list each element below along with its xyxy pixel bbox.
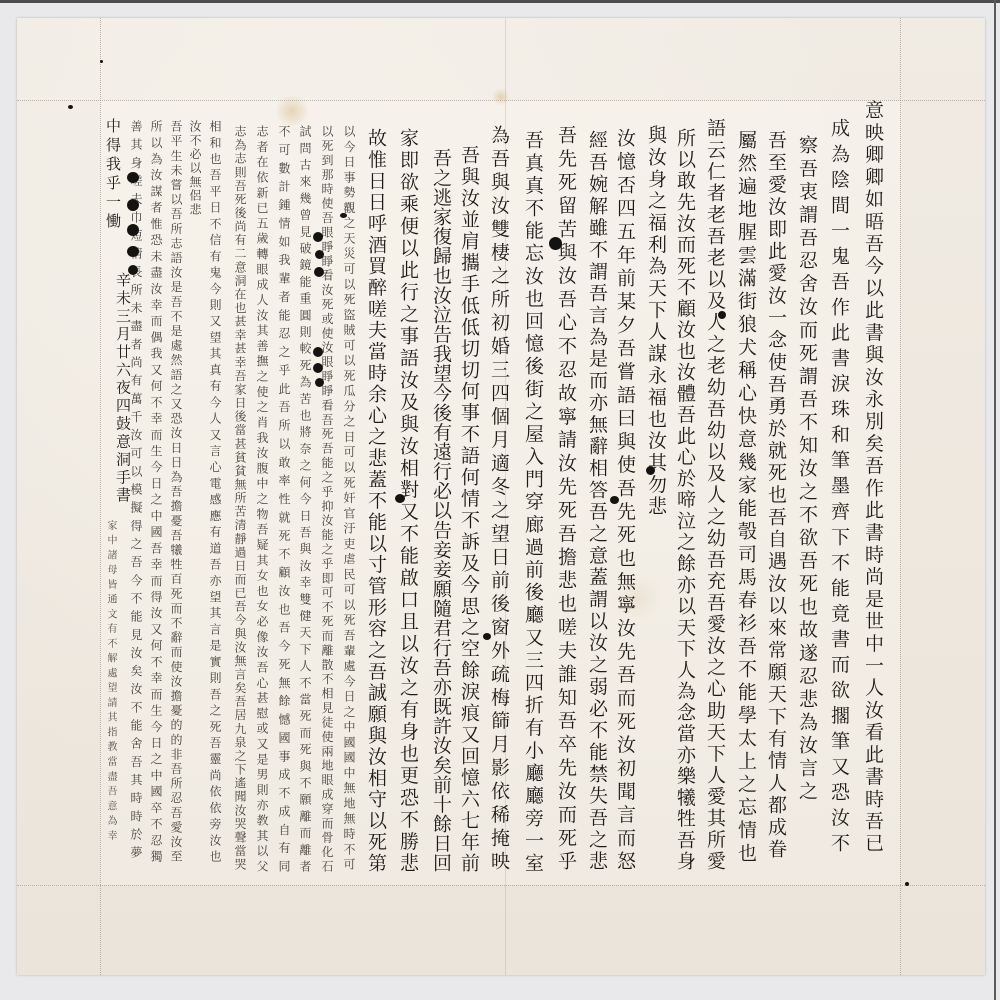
letter-column: 以今日事勢觀之天災可以死盜賊可以死瓜分之日可以死奸官汙吏虐民可以死吾輩處今日之中… — [341, 125, 355, 870]
letter-column: 試問古來幾曾見破鏡能重圓則較死為苦也將奈之何今日吾與汝幸雙健天下人不當死而死與不… — [297, 125, 311, 872]
ink-blot — [68, 105, 73, 109]
letter-closing-column: 中得我乎一慟 — [103, 118, 121, 228]
ink-blot — [127, 172, 139, 183]
ink-blot — [128, 265, 138, 275]
ink-blot — [905, 882, 909, 886]
letter-column: 吾與汝並肩攜手低低切切何事不語何情不訴及今思之空餘淚痕又回憶六七年前 — [457, 145, 479, 872]
letter-column: 吾真真不能忘汝也回憶後街之屋入門穿廊過前後廳又三四折有小廳廳旁一室 — [521, 130, 543, 872]
ink-blot — [315, 378, 324, 387]
signature: 辛未三月廿六夜四鼓意洞手書 — [113, 272, 131, 502]
ink-blot — [100, 60, 103, 63]
photo-right-edge — [994, 0, 996, 1000]
ink-blot — [483, 633, 491, 640]
letter-column: 志者在依新已五歲轉眼成人汝其善撫之使之肖我汝腹中之物吾疑其女也女必像汝吾心甚慰或… — [254, 125, 268, 872]
ink-blot — [395, 494, 405, 503]
ink-blot — [127, 199, 139, 211]
letter-column: 察吾衷謂吾忍舍汝而死謂吾不知汝之不欲吾死也故遂忍悲為汝言之 — [795, 135, 817, 800]
ink-blot — [549, 237, 562, 250]
letter-column: 所以敢先汝而死不顧汝也汝體吾此心於啼泣之餘亦以天下人為念當亦樂犧牲吾身 — [673, 128, 695, 870]
photo-top-edge — [0, 0, 1000, 3]
letter-column: 不可數計鍾情如我輩者能忍之乎此吾所以敢率性就死不顧汝也吾今死無餘憾國事成不成自有… — [276, 125, 290, 872]
ink-blot — [646, 466, 655, 475]
hem-line-left — [100, 18, 101, 975]
hem-line-bottom — [17, 885, 985, 886]
hem-line-right — [900, 18, 901, 975]
letter-column: 經吾婉解雖不謂吾言為是而亦無辭相答吾之意蓋謂以汝之弱必不能禁失吾之悲 — [585, 130, 607, 870]
letter-column: 為吾與汝雙棲之所初婚三四個月適冬之望日前後窗外疏梅篩月影依稀掩映 — [487, 125, 509, 870]
ink-blot — [610, 496, 619, 504]
ink-blot — [313, 232, 323, 242]
ink-blot — [315, 250, 324, 259]
ink-blot — [314, 267, 324, 277]
letter-column: 意映卿卿如晤吾今以此書與汝永別矣吾作此書時尚是世中一人汝看此書時吾已 — [861, 100, 883, 852]
stain — [492, 88, 510, 106]
letter-column: 屬然遍地腥雲滿街狼犬稱心快意幾家能彀司馬春衫吾不能學太上之忘情也 — [734, 130, 756, 862]
letter-column: 與汝身之福利為天下人謀永福也汝其勿悲 — [644, 125, 666, 515]
ink-blot — [718, 311, 726, 319]
letter-column: 相和也吾平日不信有鬼今則又望其真有今人又言心電感應有道吾亦望其言是實則吾之死吾靈… — [207, 120, 221, 862]
letter-column: 語云仁者老吾老以及人之老幼吾幼以及人之幼吾充吾愛汝之心助天下人愛其所愛 — [703, 118, 725, 870]
letter-column: 所以為汝謀者惟恐未盡汝幸而偶我又何不幸而生今日之中國吾幸而得汝又何不幸而生今日之… — [148, 120, 162, 862]
stain — [272, 96, 312, 126]
ink-blot — [313, 363, 323, 373]
ink-blot — [340, 213, 347, 218]
postscript: 家中諸母皆通文有不解處望請其指教當盡吾意為幸 — [104, 520, 116, 840]
letter-column: 成為陰間一鬼吾作此書淚珠和筆墨齊下不能竟書而欲擱筆又恐汝不 — [827, 118, 849, 852]
letter-column: 吾之逃家復歸也汝泣告我望今後有遠行必以告妾妾願隨君行吾亦既許汝矣前十餘日回 — [429, 148, 451, 872]
letter-column: 志為志則吾死後尚有二意洞在也甚幸甚幸吾家日後當甚貧貧無所苦清靜過日而已吾今與汝無… — [232, 125, 246, 870]
letter-column: 吾平生未嘗以吾所志語汝是吾不是處然語之又恐汝日日為吾擔憂吾犧牲百死而不辭而使汝擔… — [168, 120, 182, 862]
letter-column: 汝不必以無侶悲 — [187, 120, 201, 215]
ink-blot — [127, 224, 139, 236]
letter-column: 故惟日日呼酒買醉嗟夫當時余心之悲蓋不能以寸管形容之吾誠願與汝相守以死第 — [364, 128, 386, 872]
letter-column: 吾至愛汝即此愛汝一念使吾勇於就死也吾自遇汝以來常願天下有情人都成眷 — [764, 130, 786, 858]
ink-blot — [313, 347, 323, 357]
ink-blot — [127, 246, 139, 257]
